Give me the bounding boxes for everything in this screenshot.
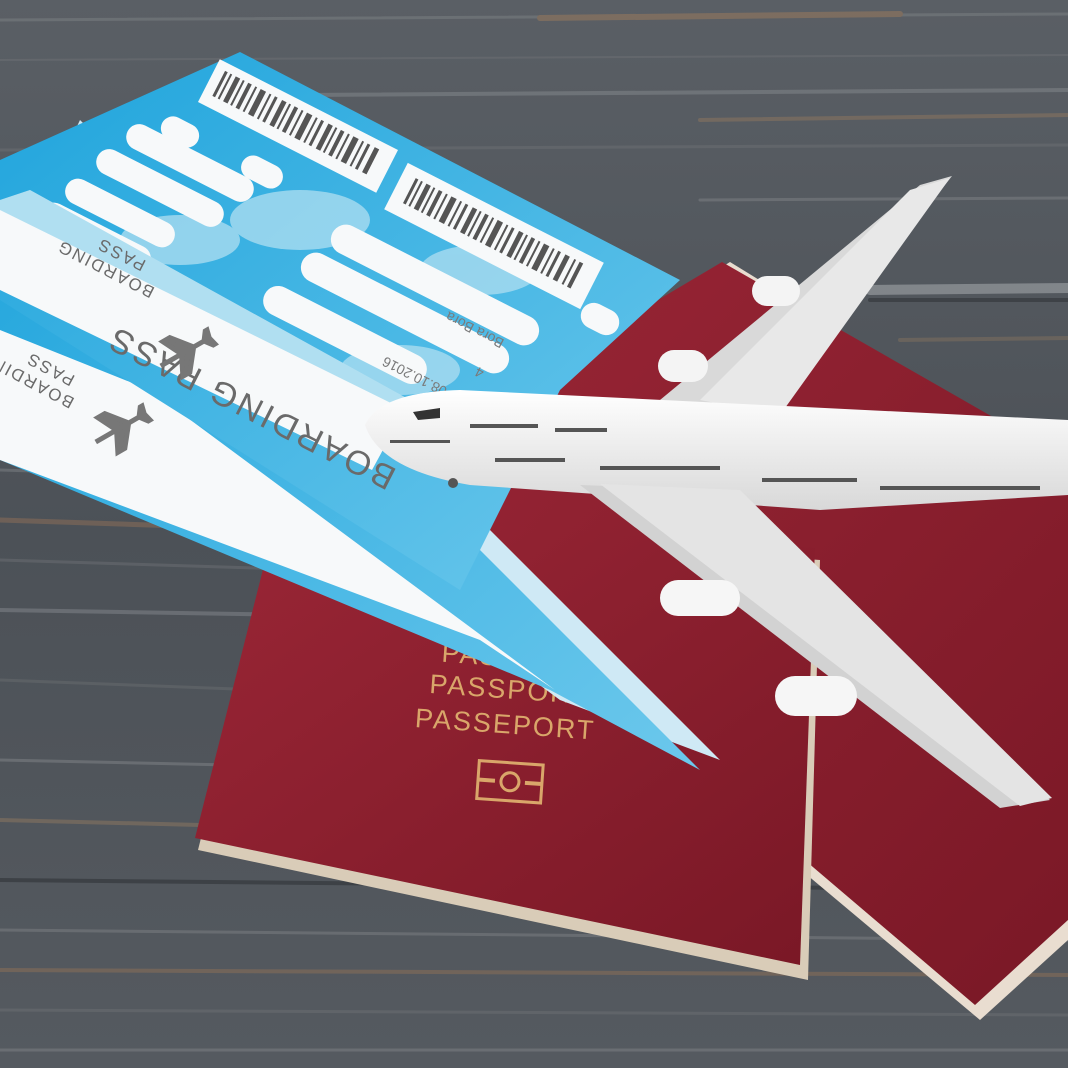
photo-canvas: PASZPORT PASSPORT PASSEPORT BOARDING PAS… [0, 0, 1068, 1068]
photo-scene: PASZPORT PASSPORT PASSEPORT BOARDING PAS… [0, 0, 1068, 1068]
